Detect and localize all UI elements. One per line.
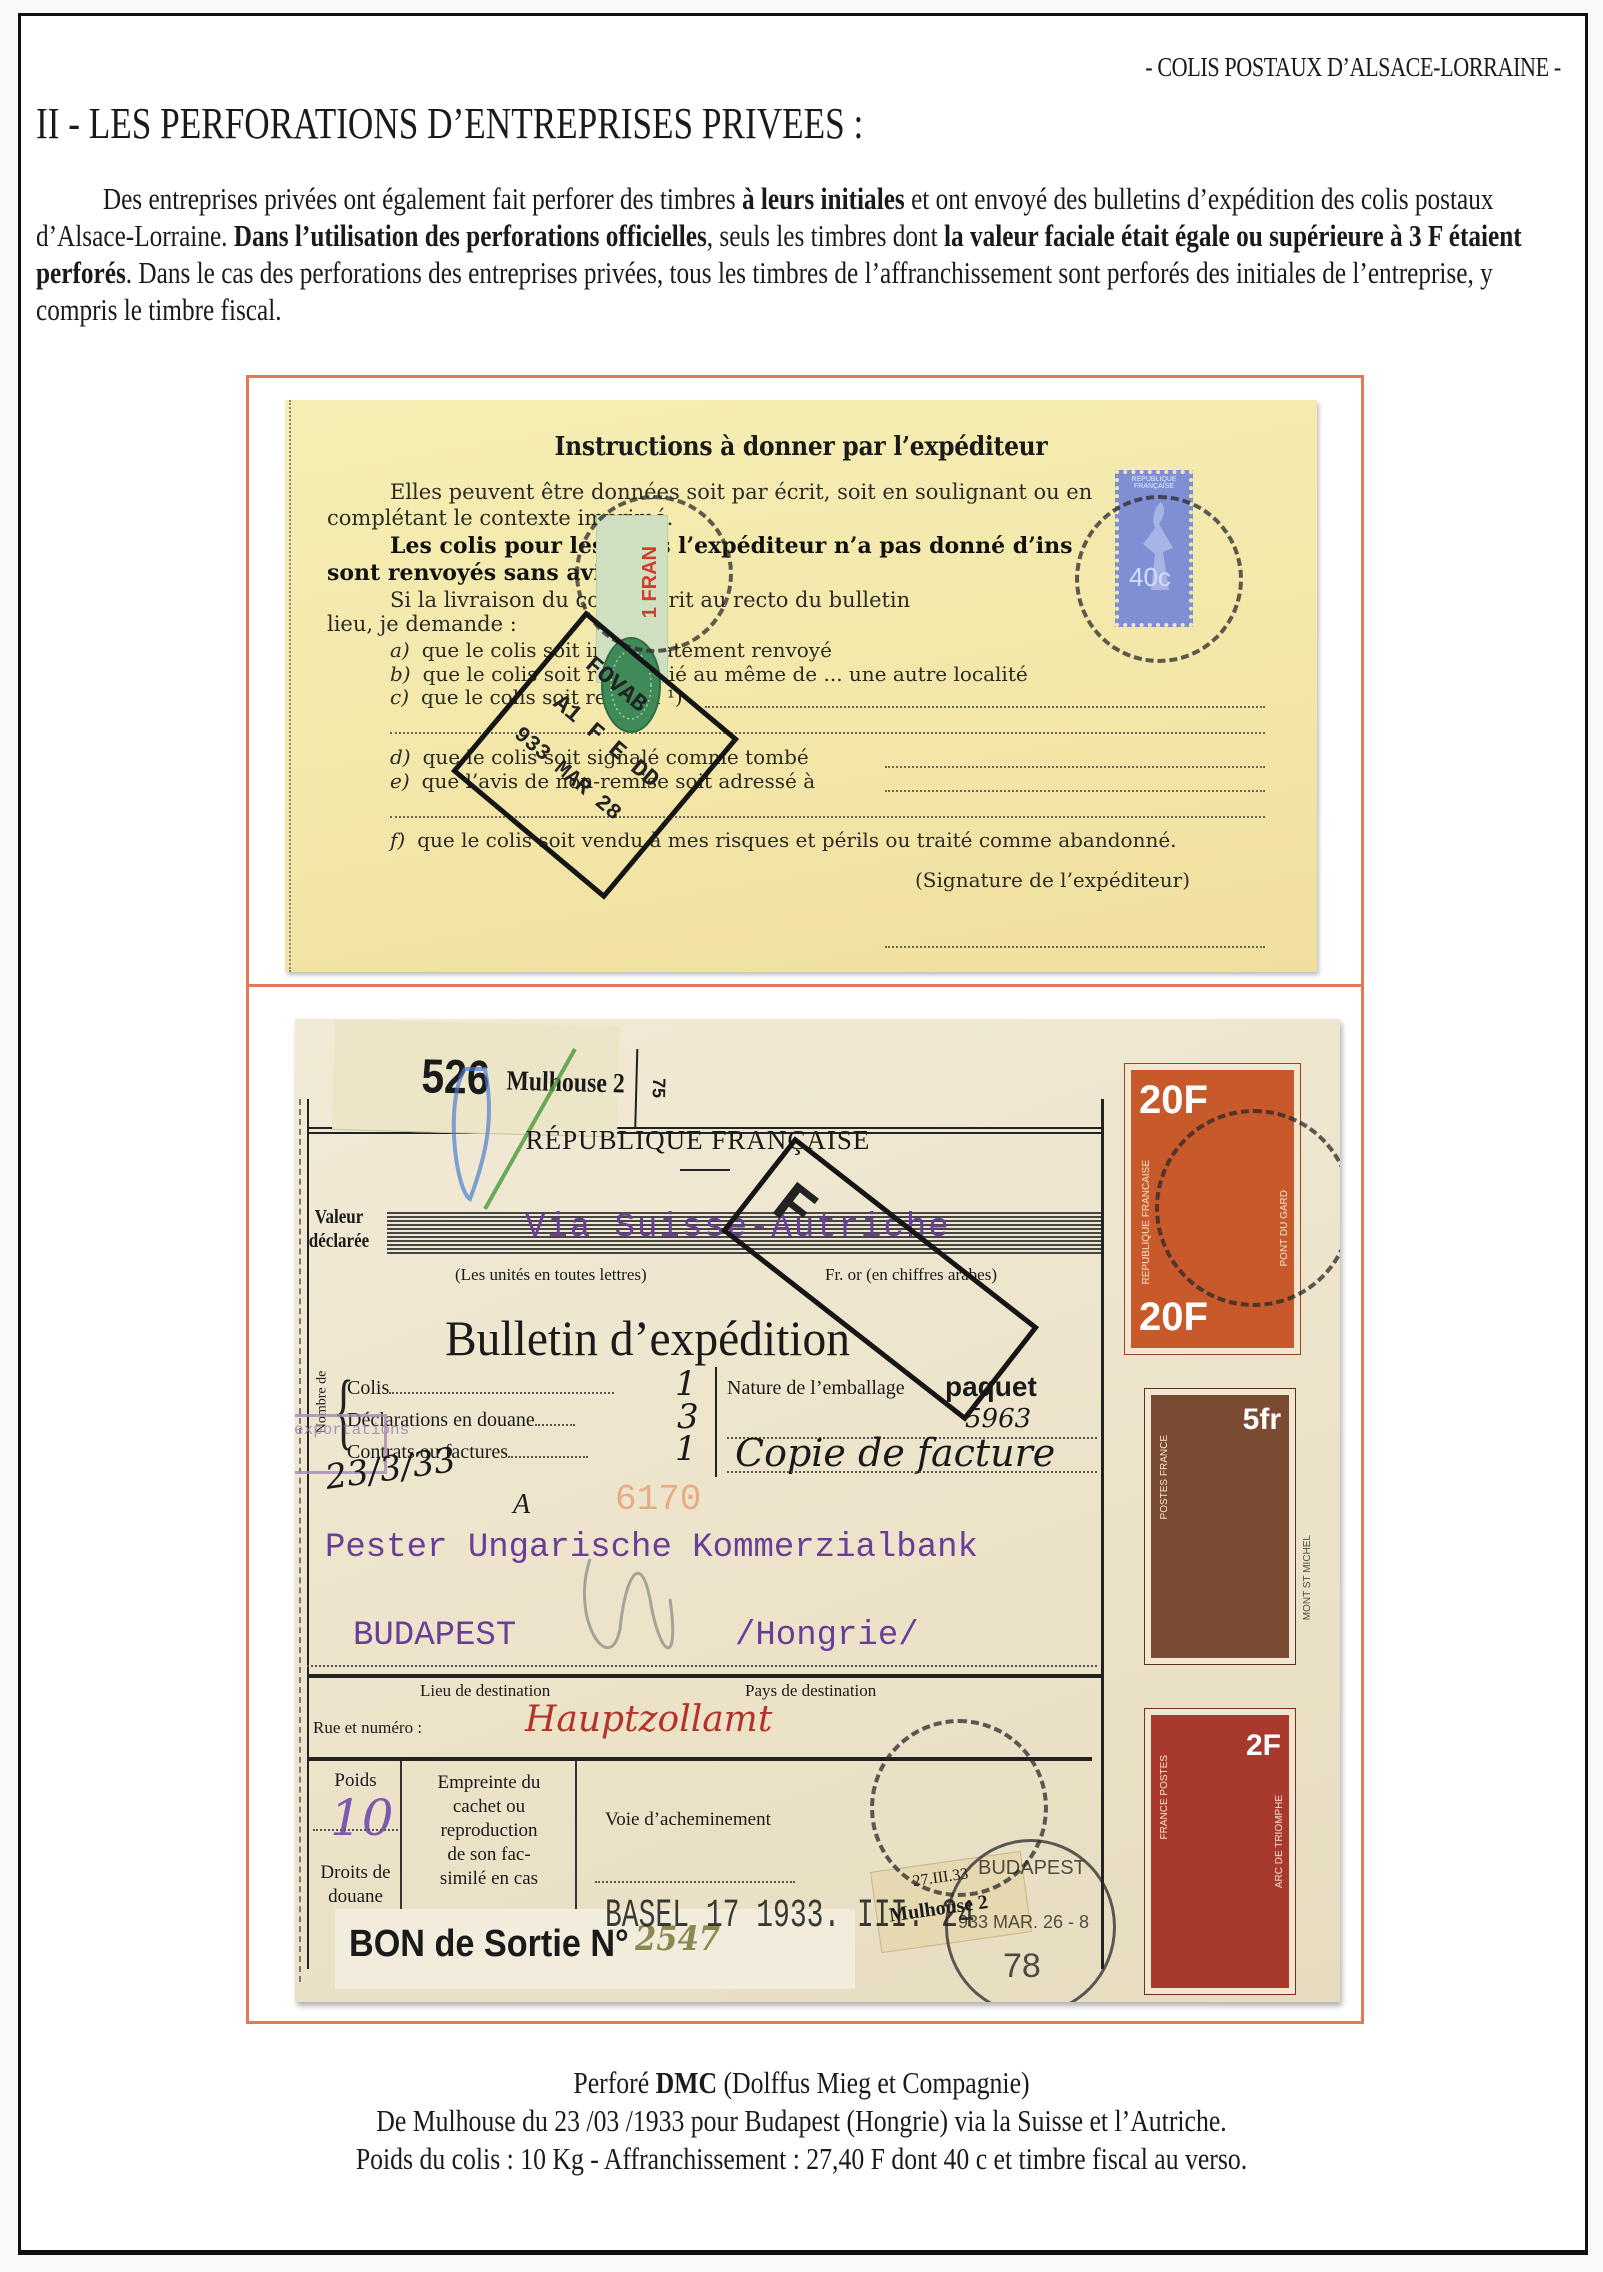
caption-line-2: De Mulhouse du 23 /03 /1933 pour Budapes… — [136, 2102, 1466, 2140]
lieu-label: Lieu de destination — [420, 1681, 550, 1701]
row-colis: Colis — [347, 1377, 614, 1400]
destination-country: /Hongrie/ — [735, 1617, 919, 1655]
intro-paragraph: Des entreprises privées ont également fa… — [36, 180, 1576, 328]
stamp-arc-de-triomphe: 2F FRANCE POSTES ARC DE TRIOMPHE — [1145, 1709, 1295, 1994]
column-separator — [715, 1367, 717, 1477]
stamp-mont-st-michel: 5fr POSTES FRANCE MONT ST MICHEL — [1145, 1389, 1295, 1664]
empreinte-label: Empreinte du cachet ou reproduction de s… — [405, 1771, 573, 1891]
grid-line — [575, 1761, 577, 1911]
series-title: - COLIS POSTAUX D’ALSACE-LORRAINE - — [1145, 52, 1561, 83]
grid-line — [400, 1761, 402, 1911]
fill-line — [705, 706, 1265, 708]
units-hint: (Les unités en toutes lettres) — [455, 1265, 647, 1285]
instructions-title: Instructions à donner par l’expéditeur — [337, 432, 1266, 462]
valeur-declaree-label: Valeur déclarée — [308, 1205, 369, 1253]
intro-emphasis: à leurs initiales — [742, 181, 905, 216]
rue-label: Rue et numéro : — [313, 1718, 422, 1738]
rule — [680, 1169, 730, 1171]
bulletin-card: 526 Mulhouse 2 75 RÉPUBLIQUE FRANÇAISE V… — [295, 1019, 1340, 2002]
form-border-right — [1101, 1099, 1104, 1969]
perforated-edge — [299, 1099, 301, 1982]
signature-line — [885, 946, 1265, 948]
intro-emphasis: Dans l’utilisation des perforations offi… — [234, 218, 707, 253]
recipient-prefix: A — [513, 1489, 530, 1521]
droits-label: Droits de douane — [313, 1861, 398, 1909]
documents-value: Copie de facture — [735, 1431, 1055, 1475]
intro-run: , seuls les timbres dont — [707, 218, 944, 253]
fill-line — [595, 1881, 795, 1883]
exhibit-divider — [246, 984, 1364, 987]
instructions-line: lieu, je demande : — [327, 612, 517, 636]
fill-line — [313, 1829, 398, 1831]
signature-label: (Signature de l’expéditeur) — [915, 868, 1190, 892]
rue-value: Hauptzollamt — [525, 1699, 772, 1740]
intro-text: Des entreprises privées ont également fa… — [36, 180, 1576, 328]
republique-heading: RÉPUBLIQUE FRANÇAISE — [295, 1125, 1101, 1156]
label-separator — [634, 1049, 638, 1129]
basel-linear-cancel: BASEL 17 1933. III. 24 — [605, 1894, 975, 1939]
fill-line — [307, 1665, 1097, 1667]
caption-line-1: Perforé DMC (Dolffus Mieg et Compagnie) — [136, 2064, 1466, 2102]
destination-city: BUDAPEST — [353, 1617, 516, 1655]
orange-number: 6170 — [615, 1479, 701, 1520]
postmark-cancel — [1075, 495, 1243, 663]
rule — [307, 1674, 1101, 1678]
mulhouse-cancel — [1155, 1109, 1340, 1307]
fill-line — [885, 766, 1265, 768]
bulletin-title: Bulletin d’expédition — [445, 1309, 850, 1367]
instructions-card: Instructions à donner par l’expéditeur E… — [285, 400, 1317, 972]
poids-value: 10 — [330, 1789, 394, 1847]
instructions-bold-line: Les colis pour lesquels l’expéditeur n’a… — [390, 533, 1073, 559]
caption: Perforé DMC (Dolffus Mieg et Compagnie) … — [0, 2064, 1603, 2178]
section-title: II - LES PERFORATIONS D’ENTREPRISES PRIV… — [36, 98, 863, 149]
perforated-edge — [289, 400, 291, 972]
budapest-cancel: BUDAPEST 933 MAR. 26 - 8 78 — [945, 1839, 1116, 2002]
fill-line — [885, 790, 1265, 792]
parcel-code: 75 — [648, 1078, 670, 1099]
option-f: f)que le colis soit vendu à mes risques … — [390, 828, 1177, 852]
option-b: b)que le colis soit réexpédié au même de… — [390, 662, 1028, 686]
caption-line-3: Poids du colis : 10 Kg - Affranchissemen… — [136, 2140, 1466, 2178]
instructions-line: Elles peuvent être données soit par écri… — [390, 480, 1092, 504]
intro-run: Des entreprises privées ont également fa… — [103, 181, 742, 216]
count-contrats: 1 — [675, 1429, 697, 1469]
bon-de-sortie-label: BON de Sortie N° — [349, 1923, 629, 1966]
voie-label: Voie d’acheminement — [605, 1809, 771, 1831]
intro-run: . Dans le cas des perforations des entre… — [36, 255, 1493, 327]
pays-label: Pays de destination — [745, 1681, 876, 1701]
emballage-label: Nature de l’emballage — [727, 1377, 905, 1400]
fill-line — [727, 1471, 1097, 1473]
